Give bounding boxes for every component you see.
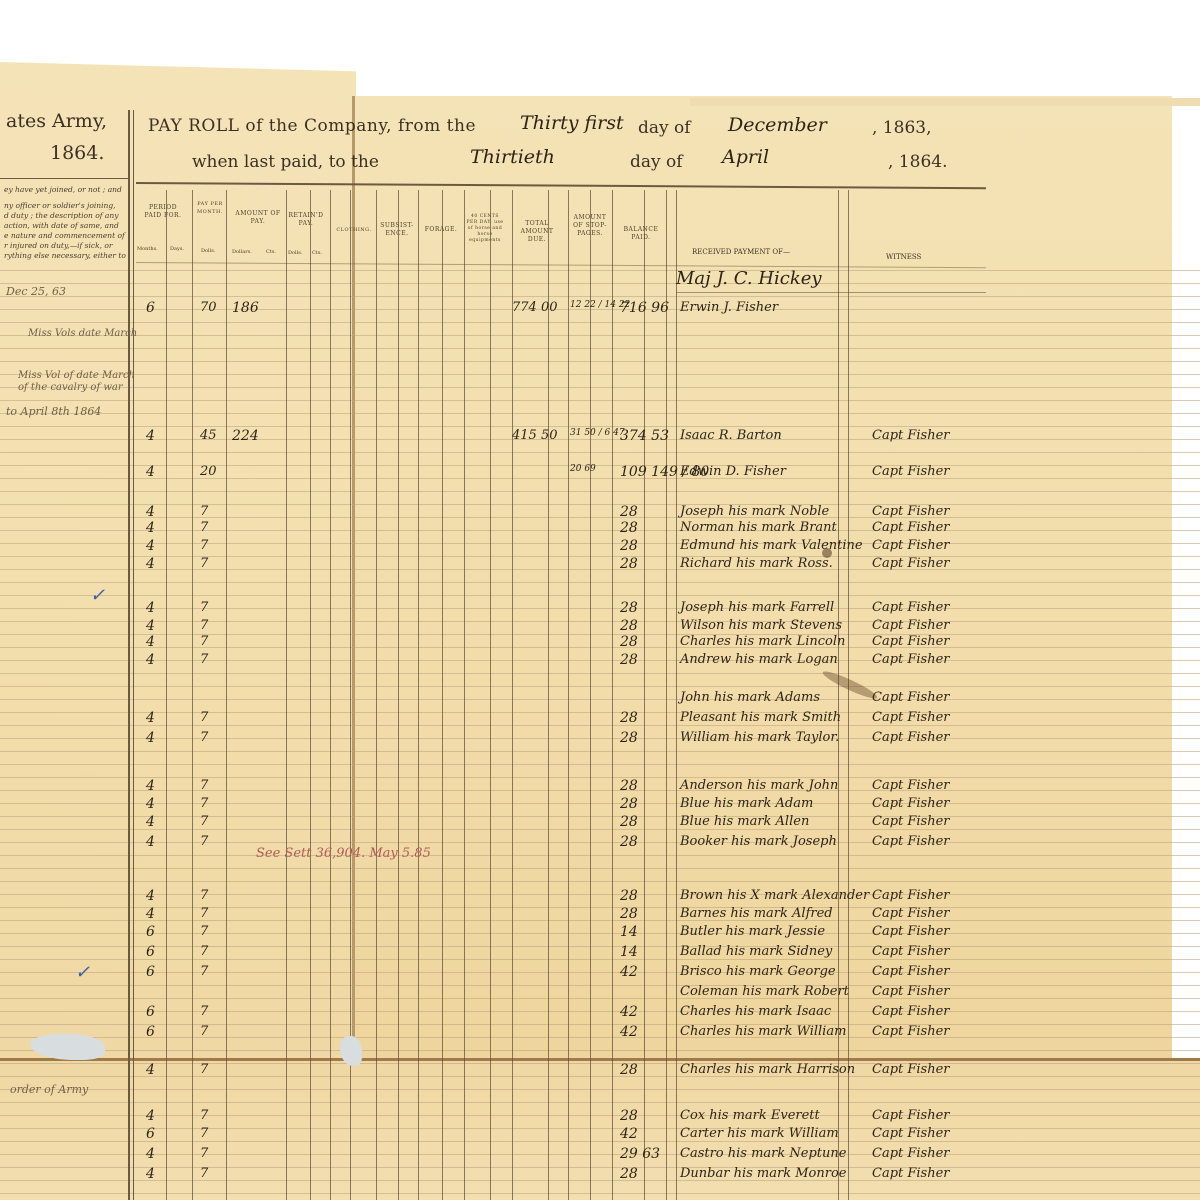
ruled-line <box>0 985 1200 986</box>
row-months: 4 <box>146 504 155 520</box>
row-pay-per-month: 7 <box>200 730 208 745</box>
column-line <box>848 190 849 1200</box>
row-name: Erwin J. Fisher <box>680 300 778 315</box>
row-witness: Capt Fisher <box>872 834 950 849</box>
ruled-line <box>0 582 1200 583</box>
ruled-line <box>0 1063 1200 1064</box>
column-line <box>590 190 591 1200</box>
row-name: Carter his mark William <box>680 1126 839 1141</box>
row-stoppages: 20 69 <box>570 464 596 474</box>
row-witness: Capt Fisher <box>872 690 950 705</box>
ruled-line <box>0 504 1200 505</box>
row-witness: Capt Fisher <box>872 1166 950 1181</box>
row-pay-per-month: 7 <box>200 834 208 849</box>
title-line1-mid: of the Company, from the <box>245 116 476 136</box>
row-pay-per-month: 7 <box>200 1166 208 1181</box>
ruled-line <box>0 1089 1200 1090</box>
row-pay-per-month: 45 <box>200 428 217 443</box>
row-months: 4 <box>146 618 155 634</box>
row-pay-per-month: 7 <box>200 944 208 959</box>
ruled-line <box>0 426 1200 427</box>
ruled-line <box>0 491 1200 492</box>
row-name: Blue his mark Allen <box>680 814 809 829</box>
row-months: 4 <box>146 778 155 794</box>
row-balance: 374 53 <box>620 428 669 444</box>
column-line <box>310 190 311 1200</box>
ruled-line <box>0 1037 1200 1038</box>
row-pay-per-month: 7 <box>200 600 208 615</box>
row-name: Charles his mark Harrison <box>680 1062 855 1077</box>
instruction-line: rything else necessary, either to <box>4 250 126 261</box>
row-witness: Capt Fisher <box>872 1062 950 1077</box>
title-to-year: , 1864. <box>888 152 947 172</box>
column-line <box>166 190 167 1200</box>
row-balance: 28 <box>620 520 638 536</box>
row-months: 4 <box>146 834 155 850</box>
row-pay-per-month: 7 <box>200 814 208 829</box>
row-witness: Capt Fisher <box>872 1126 950 1141</box>
row-name: John his mark Adams <box>680 690 820 705</box>
ruled-line <box>0 868 1200 869</box>
row-pay-per-month: 7 <box>200 1004 208 1019</box>
row-pay-per-month: 7 <box>200 618 208 633</box>
row-months: 4 <box>146 1146 155 1162</box>
row-months: 4 <box>146 600 155 616</box>
ruled-line <box>0 959 1200 960</box>
ruled-line <box>0 725 1200 726</box>
ruled-line <box>0 465 1200 466</box>
row-name: Brisco his mark George <box>680 964 836 979</box>
row-pay-per-month: 70 <box>200 300 217 315</box>
left-year: 1864. <box>50 142 104 164</box>
row-witness: Capt Fisher <box>872 538 950 553</box>
ruled-line <box>0 751 1200 752</box>
row-witness: Capt Fisher <box>872 634 950 649</box>
title-payroll: PAY ROLL <box>148 116 239 136</box>
row-balance: 28 <box>620 888 638 904</box>
row-name: Andrew his mark Logan <box>680 652 838 667</box>
ruled-line <box>0 530 1200 531</box>
row-witness: Capt Fisher <box>872 652 950 667</box>
row-balance: 28 <box>620 504 638 520</box>
row-pay-per-month: 7 <box>200 964 208 979</box>
col-retained-pay: RETAIN'D PAY. <box>286 212 326 228</box>
row-name: Booker his mark Joseph <box>680 834 837 849</box>
row-months: 6 <box>146 964 155 980</box>
row-pay-per-month: 7 <box>200 652 208 667</box>
column-line <box>666 190 667 1200</box>
row-balance: 716 96 <box>620 300 669 316</box>
row-balance: 28 <box>620 600 638 616</box>
row-months: 6 <box>146 1126 155 1142</box>
row-balance: 28 <box>620 652 638 668</box>
ruled-line <box>0 452 1200 453</box>
row-balance: 28 <box>620 834 638 850</box>
ruled-line <box>0 972 1200 973</box>
bottom-fold-panel <box>0 1058 1200 1200</box>
row-balance: 42 <box>620 1004 638 1020</box>
ruled-line <box>0 920 1200 921</box>
row-witness: Capt Fisher <box>872 710 950 725</box>
row-witness: Capt Fisher <box>872 1004 950 1019</box>
ruled-line <box>0 907 1200 908</box>
row-witness: Capt Fisher <box>872 814 950 829</box>
row-balance: 28 <box>620 710 638 726</box>
row-name: Charles his mark William <box>680 1024 846 1039</box>
row-balance: 28 <box>620 1108 638 1124</box>
row-total-due: 774 00 <box>512 300 558 315</box>
ruled-line <box>0 387 1200 388</box>
row-months: 4 <box>146 1062 155 1078</box>
title-from-day: Thirty first <box>520 112 624 134</box>
row-name: Blue his mark Adam <box>680 796 813 811</box>
ruled-line <box>0 855 1200 856</box>
ruled-line <box>0 1115 1200 1116</box>
ruled-line <box>0 621 1200 622</box>
row-witness: Capt Fisher <box>872 1108 950 1123</box>
ruled-line <box>0 842 1200 843</box>
row-balance: 28 <box>620 538 638 554</box>
ruled-line <box>0 1167 1200 1168</box>
column-line <box>512 190 513 1200</box>
ruled-line <box>0 660 1200 661</box>
row-name: Edmund his mark Valentine <box>680 538 863 553</box>
checkmark-icon: ✓ <box>90 585 105 606</box>
ruled-line <box>0 595 1200 596</box>
row-months: 4 <box>146 710 155 726</box>
row-months: 4 <box>146 464 155 480</box>
margin-note: order of Army <box>10 1083 88 1096</box>
ruled-line <box>0 998 1200 999</box>
column-line <box>644 190 645 1200</box>
margin-note: Miss Vol of date March <box>18 370 135 381</box>
row-total-due: 415 50 <box>512 428 558 443</box>
row-witness: Capt Fisher <box>872 520 950 535</box>
col-clothing: CLOTHING. <box>332 226 376 234</box>
row-witness: Capt Fisher <box>872 464 950 479</box>
ruled-line <box>0 1128 1200 1129</box>
row-witness: Capt Fisher <box>872 730 950 745</box>
row-months: 4 <box>146 1166 155 1182</box>
ruled-line <box>0 881 1200 882</box>
row-name: Wilson his mark Stevens <box>680 618 842 633</box>
column-line <box>464 190 465 1200</box>
title-line-2: when last paid, to the <box>192 152 379 172</box>
ruled-line <box>0 556 1200 557</box>
row-name: Norman his mark Brant <box>680 520 837 535</box>
row-pay-per-month: 7 <box>200 520 208 535</box>
row-months: 4 <box>146 796 155 812</box>
row-witness: Capt Fisher <box>872 428 950 443</box>
col-amount-of-pay: AMOUNT OF PAY. <box>230 210 286 226</box>
row-name: Joseph his mark Noble <box>680 504 829 519</box>
row-months: 6 <box>146 300 155 316</box>
title-dayof-2: day of <box>630 152 683 172</box>
ruled-line <box>0 283 1200 284</box>
row-name: Cox his mark Everett <box>680 1108 820 1123</box>
ruled-line <box>0 1141 1200 1142</box>
row-months: 4 <box>146 730 155 746</box>
column-line <box>192 190 193 1200</box>
row-witness: Capt Fisher <box>872 906 950 921</box>
ruled-line <box>0 712 1200 713</box>
row-balance: 28 <box>620 1166 638 1182</box>
ruled-line <box>0 413 1200 414</box>
ruled-line <box>0 400 1200 401</box>
row-name: Anderson his mark John <box>680 778 838 793</box>
ruled-line <box>0 1154 1200 1155</box>
row-balance: 28 <box>620 1062 638 1078</box>
column-line <box>330 190 331 1200</box>
col-balance-paid: BALANCE PAID. <box>614 226 668 242</box>
column-line <box>612 190 613 1200</box>
ruled-line <box>0 764 1200 765</box>
row-balance: 42 <box>620 964 638 980</box>
left-year-text: 1864. <box>50 142 104 164</box>
row-name: Barnes his mark Alfred <box>680 906 833 921</box>
col-retained-dolls: Dolls. <box>288 250 302 256</box>
row-name: Butler his mark Jessie <box>680 924 825 939</box>
column-line <box>838 190 839 1200</box>
row-name: Pleasant his mark Smith <box>680 710 841 725</box>
row-pay-per-month: 7 <box>200 1024 208 1039</box>
row-balance: 42 <box>620 1024 638 1040</box>
row-name: Richard his mark Ross. <box>680 556 833 571</box>
row-name: Joseph his mark Farrell <box>680 600 834 615</box>
row-name: Dunbar his mark Monroe <box>680 1166 846 1181</box>
ruled-line <box>0 686 1200 687</box>
column-line <box>376 190 377 1200</box>
row-balance: 14 <box>620 924 638 940</box>
ruled-line <box>0 569 1200 570</box>
ruled-line <box>0 803 1200 804</box>
row-pay-per-month: 7 <box>200 1108 208 1123</box>
red-settlement-note: See Sett 36,904. May 5.85 <box>256 846 431 861</box>
row-balance: 28 <box>620 556 638 572</box>
margin-double-rule <box>133 110 134 1200</box>
ruled-line <box>0 1050 1200 1051</box>
ruled-line <box>0 517 1200 518</box>
left-title-fragment: ates Army, <box>6 110 107 132</box>
row-amount: 186 <box>232 300 259 316</box>
row-witness: Capt Fisher <box>872 1146 950 1161</box>
row-pay-per-month: 7 <box>200 504 208 519</box>
column-line <box>286 190 287 1200</box>
ink-spot <box>822 548 832 558</box>
left-header-rule <box>0 178 128 179</box>
row-name: Charles his mark Lincoln <box>680 634 845 649</box>
row-balance: 28 <box>620 778 638 794</box>
title-from-year: , 1863, <box>872 118 931 138</box>
row-witness: Capt Fisher <box>872 1024 950 1039</box>
column-line <box>398 190 399 1200</box>
ruled-line <box>0 374 1200 375</box>
instruction-line: ey have yet joined, or not ; and <box>4 184 122 195</box>
row-pay-per-month: 7 <box>200 1126 208 1141</box>
row-amount: 224 <box>232 428 259 444</box>
row-witness: Capt Fisher <box>872 600 950 615</box>
row-pay-per-month: 7 <box>200 710 208 725</box>
row-pay-per-month: 7 <box>200 906 208 921</box>
row-months: 4 <box>146 634 155 650</box>
col-subsistence: SUBSIST-ENCE. <box>378 222 416 238</box>
column-line <box>226 190 227 1200</box>
row-months: 6 <box>146 1004 155 1020</box>
column-line <box>568 190 569 1200</box>
title-to-month: April <box>722 146 769 168</box>
row-balance: 28 <box>620 814 638 830</box>
col-period-months: Months. <box>137 246 158 252</box>
row-stoppages: 31 50 / 6 47 <box>570 428 625 438</box>
row-name: Ballad his mark Sidney <box>680 944 832 959</box>
row-name: Edwin D. Fisher <box>680 464 786 479</box>
row-name: Castro his mark Neptune <box>680 1146 846 1161</box>
ruled-line <box>0 933 1200 934</box>
row-name: Coleman his mark Robert <box>680 984 849 999</box>
row-pay-per-month: 7 <box>200 1062 208 1077</box>
ruled-line <box>0 361 1200 362</box>
row-witness: Capt Fisher <box>872 888 950 903</box>
ruled-line <box>0 816 1200 817</box>
row-witness: Capt Fisher <box>872 556 950 571</box>
col-amount-cts: Cts. <box>266 249 276 255</box>
col-amount-dollars: Dollars. <box>232 249 252 255</box>
row-balance: 28 <box>620 634 638 650</box>
col-forage: FORAGE. <box>418 226 464 234</box>
ruled-line <box>0 1102 1200 1103</box>
row-witness: Capt Fisher <box>872 984 950 999</box>
row-months: 4 <box>146 906 155 922</box>
ruled-line <box>0 1076 1200 1077</box>
row-witness: Capt Fisher <box>872 924 950 939</box>
col-total-amount-due: TOTAL AMOUNT DUE. <box>512 220 562 244</box>
row-pay-per-month: 7 <box>200 796 208 811</box>
right-page-edge <box>690 98 1200 106</box>
ruled-line <box>0 699 1200 700</box>
ruled-line <box>0 348 1200 349</box>
margin-note: of the cavalry of war <box>18 382 123 393</box>
row-pay-per-month: 7 <box>200 888 208 903</box>
col-received-payment: RECEIVED PAYMENT OF— <box>692 248 790 256</box>
row-name: Isaac R. Barton <box>680 428 782 443</box>
row-witness: Capt Fisher <box>872 618 950 633</box>
row-months: 6 <box>146 924 155 940</box>
ruled-line <box>0 439 1200 440</box>
col-pay-per-month: PAY PER MONTH. <box>196 200 224 216</box>
row-pay-per-month: 20 <box>200 464 217 479</box>
row-name: Charles his mark Isaac <box>680 1004 831 1019</box>
row-months: 4 <box>146 814 155 830</box>
row-pay-per-month: 7 <box>200 538 208 553</box>
column-line <box>490 190 491 1200</box>
row-months: 6 <box>146 1024 155 1040</box>
margin-note: to April 8th 1864 <box>6 405 101 418</box>
ruled-line <box>0 478 1200 479</box>
row-witness: Capt Fisher <box>872 778 950 793</box>
ruled-line <box>0 634 1200 635</box>
title-to-day: Thirtieth <box>470 146 555 168</box>
column-line <box>442 190 443 1200</box>
row-months: 4 <box>146 556 155 572</box>
ruled-line <box>0 673 1200 674</box>
row-pay-per-month: 7 <box>200 778 208 793</box>
row-months: 4 <box>146 538 155 554</box>
title-dayof-1: day of <box>638 118 691 138</box>
row-balance: 28 <box>620 906 638 922</box>
column-line <box>418 190 419 1200</box>
ruled-line <box>0 296 1200 297</box>
row-months: 4 <box>146 888 155 904</box>
checkmark-icon: ✓ <box>75 962 90 983</box>
row-pay-per-month: 7 <box>200 634 208 649</box>
ruled-line <box>0 322 1200 323</box>
margin-note: Miss Vols date March <box>28 328 137 339</box>
row-months: 6 <box>146 944 155 960</box>
row-witness: Capt Fisher <box>872 504 950 519</box>
row-months: 4 <box>146 1108 155 1124</box>
title-line-1: PAY ROLL of the Company, from the <box>148 116 476 136</box>
ruled-line <box>0 790 1200 791</box>
column-line <box>548 190 549 1200</box>
col-pay-unit: Dolls. <box>201 248 215 254</box>
row-name: Brown his X mark Alexander <box>680 888 869 903</box>
ruled-line <box>0 543 1200 544</box>
row-balance: 14 <box>620 944 638 960</box>
row-pay-per-month: 7 <box>200 556 208 571</box>
col-retained-cts: Cts. <box>312 250 322 256</box>
row-balance: 42 <box>620 1126 638 1142</box>
row-months: 4 <box>146 652 155 668</box>
column-line <box>676 190 677 1200</box>
ruled-line <box>0 647 1200 648</box>
col-witness: WITNESS <box>886 253 921 261</box>
ruled-line <box>0 829 1200 830</box>
row-balance: 29 63 <box>620 1146 660 1162</box>
margin-double-rule <box>128 110 130 1200</box>
row-pay-per-month: 7 <box>200 1146 208 1161</box>
margin-note: Dec 25, 63 <box>6 285 66 298</box>
ruled-line <box>0 1011 1200 1012</box>
row-pay-per-month: 7 <box>200 924 208 939</box>
title-from-month: December <box>728 114 827 136</box>
row-months: 4 <box>146 428 155 444</box>
ruled-line <box>0 894 1200 895</box>
paymaster-signature: Maj J. C. Hickey <box>676 268 822 289</box>
ruled-line <box>0 335 1200 336</box>
ruled-line <box>0 270 1200 271</box>
row-balance: 28 <box>620 618 638 634</box>
row-balance: 28 <box>620 730 638 746</box>
ruled-line <box>0 1180 1200 1181</box>
ruled-line <box>0 1193 1200 1194</box>
col-period: PERIOD PAID FOR. <box>140 204 186 220</box>
row-witness: Capt Fisher <box>872 944 950 959</box>
ruled-line <box>0 1024 1200 1025</box>
row-name: William his mark Taylor. <box>680 730 839 745</box>
row-witness: Capt Fisher <box>872 796 950 811</box>
col-forty-cents: 40 CENTS PER DAY, use of horse and horse… <box>465 214 505 244</box>
paymaster-underline <box>676 292 986 293</box>
row-witness: Capt Fisher <box>872 964 950 979</box>
ruled-line <box>0 738 1200 739</box>
row-months: 4 <box>146 520 155 536</box>
ruled-line <box>0 777 1200 778</box>
ruled-line <box>0 608 1200 609</box>
row-balance: 28 <box>620 796 638 812</box>
col-period-days: Days. <box>170 246 184 252</box>
ruled-line <box>0 946 1200 947</box>
